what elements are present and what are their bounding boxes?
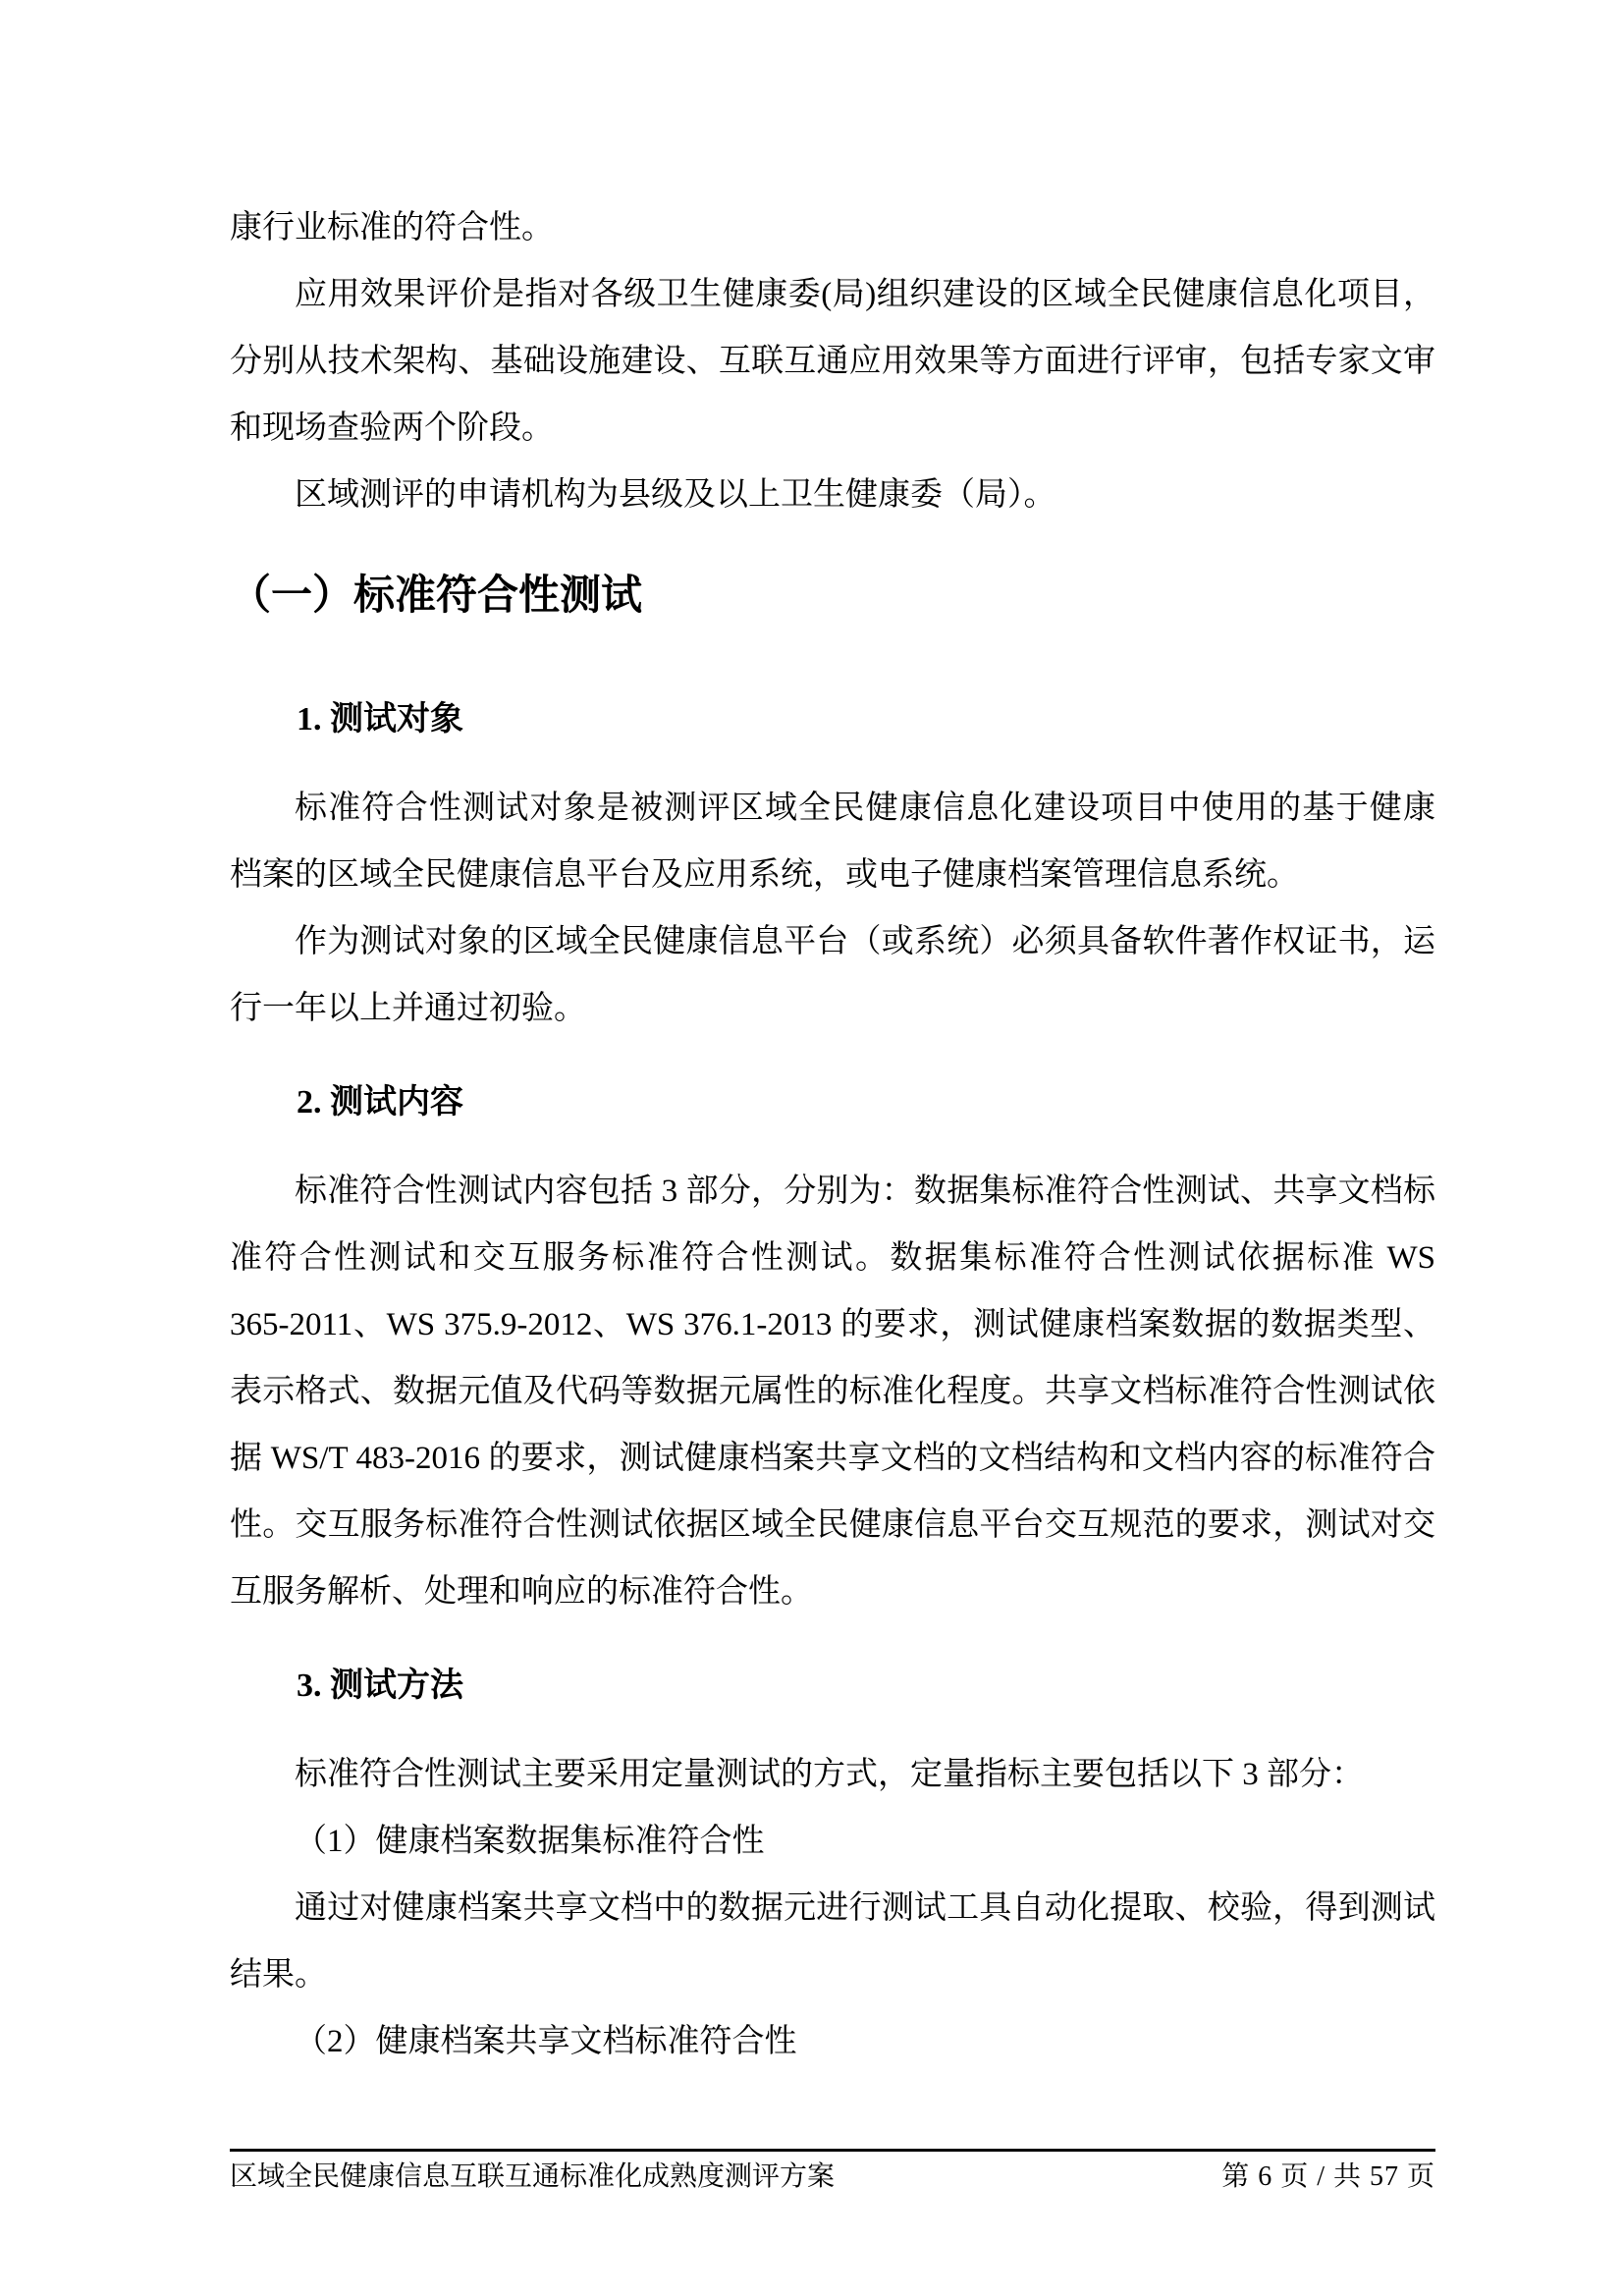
paragraph: 应用效果评价是指对各级卫生健康委(局)组织建设的区域全民健康信息化项目，分别从技… [230,261,1435,462]
paragraph: （2）健康档案共享文档标准符合性 [230,2008,1435,2075]
text-line: 档案的区域全民健康信息平台及应用系统，或电子健康档案管理信息系统。 [230,842,1435,908]
paragraph: 通过对健康档案共享文档中的数据元进行测试工具自动化提取、校验，得到测试结果。 [230,1875,1435,2008]
text-line: 康行业标准的符合性。 [230,194,1435,261]
sub-heading: 1. 测试对象 [230,686,1435,753]
text-line: 作为测试对象的区域全民健康信息平台（或系统）必须具备软件著作权证书，运 [230,908,1435,975]
text-line: 行一年以上并通过初验。 [230,975,1435,1042]
paragraph: （1）健康档案数据集标准符合性 [230,1808,1435,1875]
section-heading: （一）标准符合性测试 [230,563,1435,629]
text-line: 通过对健康档案共享文档中的数据元进行测试工具自动化提取、校验，得到测试 [230,1875,1435,1941]
paragraph: 标准符合性测试对象是被测评区域全民健康信息化建设项目中使用的基于健康档案的区域全… [230,775,1435,908]
text-line: （2）健康档案共享文档标准符合性 [230,2008,1435,2075]
text-line: 和现场查验两个阶段。 [230,395,1435,462]
text-line: 结果。 [230,1941,1435,2008]
footer-page-number: 第 6 页 / 共 57 页 [1221,2158,1435,2197]
text-line: 分别从技术架构、基础设施建设、互联互通应用效果等方面进行评审，包括专家文审 [230,328,1435,395]
paragraph: 区域测评的申请机构为县级及以上卫生健康委（局）。 [230,462,1435,528]
sub-heading: 3. 测试方法 [230,1653,1435,1720]
text-line: 应用效果评价是指对各级卫生健康委(局)组织建设的区域全民健康信息化项目， [230,261,1435,328]
text-line: 标准符合性测试主要采用定量测试的方式，定量指标主要包括以下 3 部分： [230,1741,1435,1808]
document-body: 康行业标准的符合性。应用效果评价是指对各级卫生健康委(局)组织建设的区域全民健康… [230,194,1435,2075]
text-line: 表示格式、数据元值及代码等数据元属性的标准化程度。共享文档标准符合性测试依 [230,1358,1435,1425]
document-page: 康行业标准的符合性。应用效果评价是指对各级卫生健康委(局)组织建设的区域全民健康… [0,0,1623,2296]
text-line: 准符合性测试和交互服务标准符合性测试。数据集标准符合性测试依据标准 WS [230,1225,1435,1291]
text-line: 365-2011、WS 375.9-2012、WS 376.1-2013 的要求… [230,1291,1435,1358]
paragraph: 标准符合性测试内容包括 3 部分，分别为：数据集标准符合性测试、共享文档标准符合… [230,1158,1435,1625]
text-line: 据 WS/T 483-2016 的要求，测试健康档案共享文档的文档结构和文档内容… [230,1425,1435,1492]
footer-document-title: 区域全民健康信息互联互通标准化成熟度测评方案 [230,2158,835,2197]
text-line: 互服务解析、处理和响应的标准符合性。 [230,1558,1435,1625]
paragraph: 作为测试对象的区域全民健康信息平台（或系统）必须具备软件著作权证书，运行一年以上… [230,908,1435,1042]
text-line: 标准符合性测试内容包括 3 部分，分别为：数据集标准符合性测试、共享文档标 [230,1158,1435,1225]
text-line: 标准符合性测试对象是被测评区域全民健康信息化建设项目中使用的基于健康 [230,775,1435,842]
page-footer: 区域全民健康信息互联互通标准化成熟度测评方案 第 6 页 / 共 57 页 [230,2149,1435,2197]
paragraph: 康行业标准的符合性。 [230,194,1435,261]
sub-heading: 2. 测试内容 [230,1069,1435,1136]
text-line: （1）健康档案数据集标准符合性 [230,1808,1435,1875]
text-line: 性。交互服务标准符合性测试依据区域全民健康信息平台交互规范的要求，测试对交 [230,1492,1435,1558]
text-line: 区域测评的申请机构为县级及以上卫生健康委（局）。 [230,462,1435,528]
paragraph: 标准符合性测试主要采用定量测试的方式，定量指标主要包括以下 3 部分： [230,1741,1435,1808]
